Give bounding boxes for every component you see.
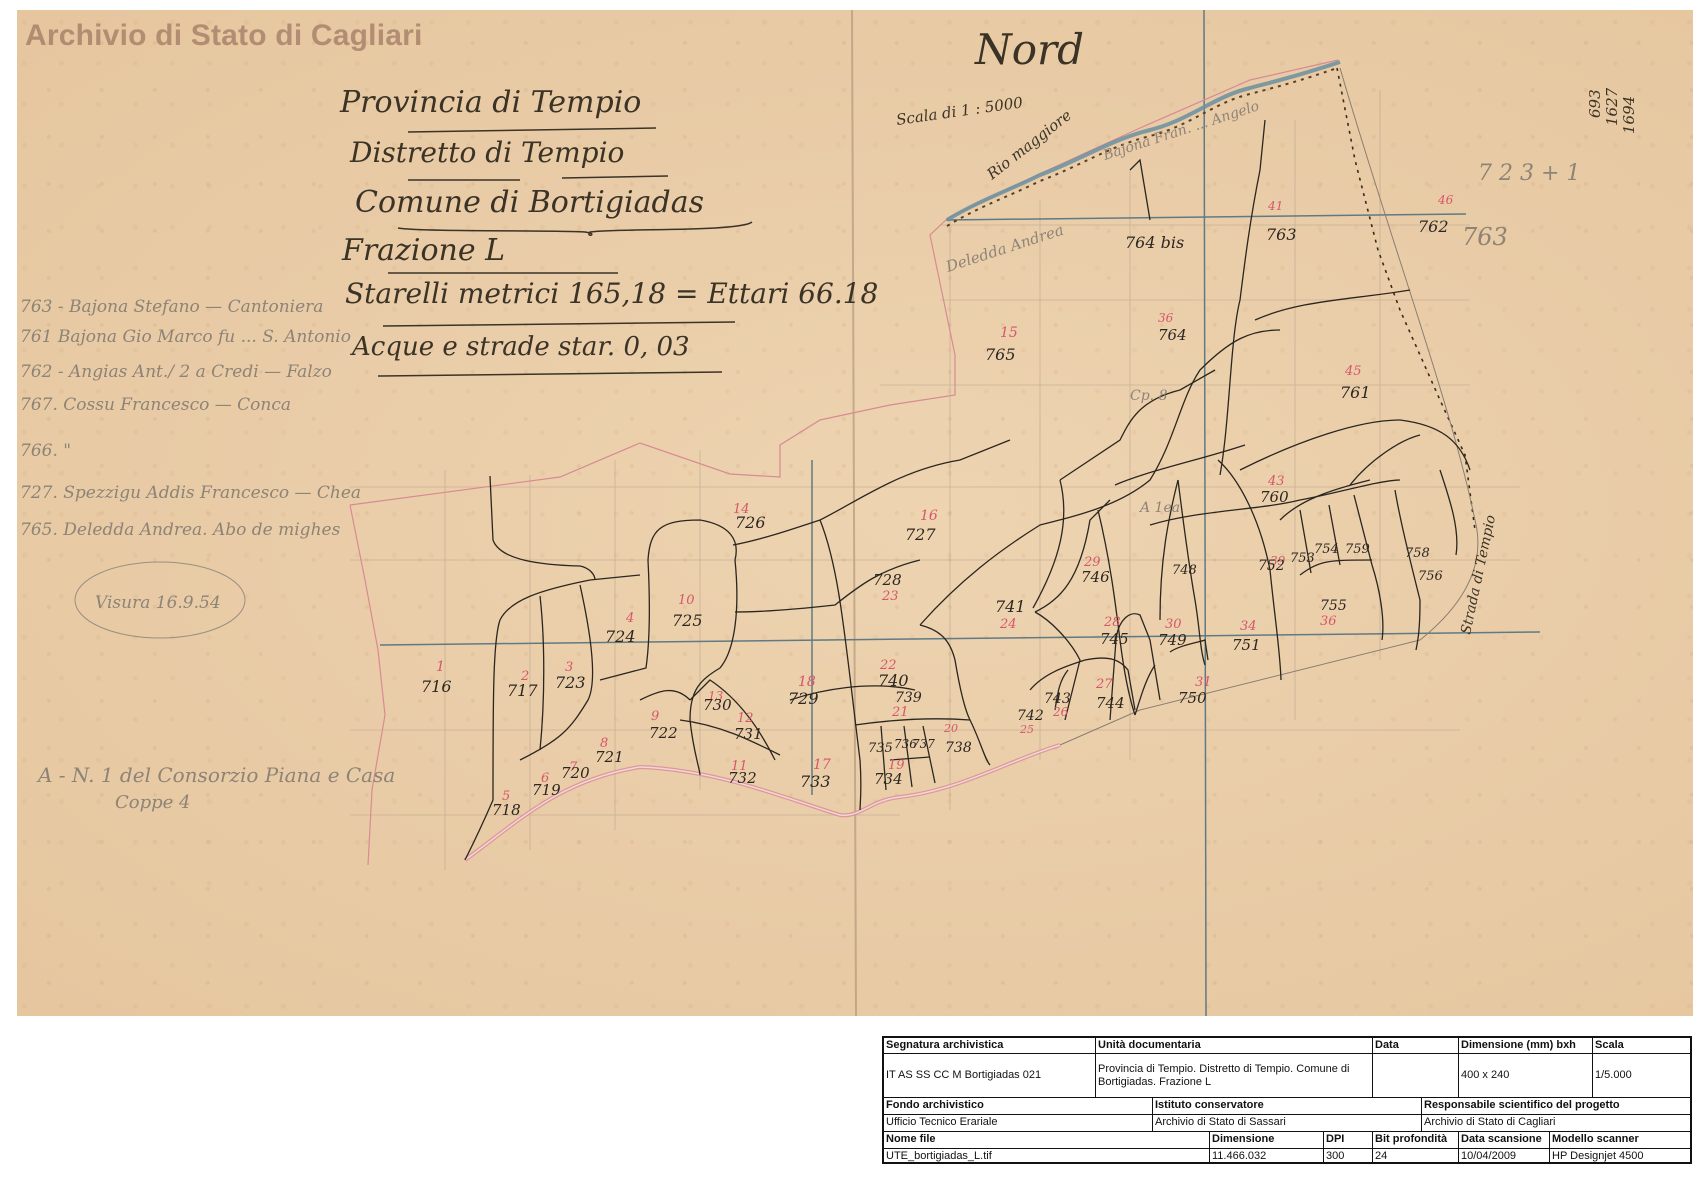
svg-text:41: 41 (1267, 199, 1283, 213)
table-row: UTE_bortigiadas_L.tif 11.466.032 300 24 … (884, 1149, 1690, 1164)
cell-nome-file: UTE_bortigiadas_L.tif (884, 1149, 1210, 1164)
header-dimensione: Dimensione (1210, 1132, 1324, 1148)
svg-text:726: 726 (735, 513, 766, 532)
cell-data (1373, 1054, 1459, 1097)
svg-text:18: 18 (798, 674, 816, 690)
svg-text:730: 730 (703, 696, 732, 714)
table-row: IT AS SS CC M Bortigiadas 021 Provincia … (884, 1054, 1690, 1098)
svg-text:740: 740 (878, 671, 909, 690)
pencil-763: 763 (1462, 223, 1508, 251)
svg-text:34: 34 (1240, 619, 1257, 634)
svg-text:20: 20 (943, 722, 958, 735)
svg-text:762 - Angias Ant./ 2 a Credi —: 762 - Angias Ant./ 2 a Credi — Falzo (20, 362, 332, 382)
cell-istituto: Archivio di Stato di Sassari (1153, 1115, 1422, 1131)
svg-text:765. Deledda Andrea. Abo de mi: 765. Deledda Andrea. Abo de mighes (20, 520, 341, 540)
svg-text:731: 731 (734, 725, 763, 743)
svg-text:759: 759 (1345, 542, 1370, 557)
svg-text:738: 738 (945, 740, 972, 756)
title-acque-strade: Acque e strade star. 0, 03 (350, 332, 690, 362)
oval-note: Visura 16.9.54 (95, 593, 221, 613)
svg-text:763: 763 (1266, 225, 1297, 244)
cell-dimensione: 11.466.032 (1210, 1149, 1324, 1164)
title-distretto: Distretto di Tempio (349, 136, 624, 169)
svg-text:26: 26 (1052, 705, 1069, 719)
north-label: Nord (974, 25, 1084, 74)
svg-text:693: 693 (1586, 89, 1604, 118)
header-data: Data (1373, 1038, 1459, 1053)
svg-text:716: 716 (421, 677, 452, 696)
road-label: Strada di Tempio (1458, 514, 1499, 636)
header-scala: Scala (1593, 1038, 1690, 1053)
pencil-label: Cp. 8 (1130, 388, 1168, 404)
header-modello: Modello scanner (1550, 1132, 1690, 1148)
svg-text:17: 17 (813, 757, 831, 773)
svg-text:741: 741 (995, 597, 1026, 616)
svg-text:764: 764 (1158, 326, 1187, 344)
cell-dimensione-mm: 400 x 240 (1459, 1054, 1593, 1097)
svg-text:753: 753 (1290, 551, 1315, 566)
svg-text:735: 735 (868, 741, 893, 756)
svg-text:717: 717 (507, 681, 538, 700)
pencil-label: A 1ea (1138, 500, 1180, 516)
svg-text:12: 12 (737, 711, 754, 726)
cell-bit: 24 (1373, 1149, 1459, 1164)
svg-text:21: 21 (891, 705, 909, 720)
svg-text:720: 720 (561, 764, 590, 782)
svg-text:718: 718 (492, 801, 521, 819)
svg-text:743: 743 (1044, 691, 1071, 707)
svg-text:724: 724 (605, 627, 636, 646)
archive-watermark: Archivio di Stato di Cagliari (25, 19, 423, 53)
svg-text:728: 728 (873, 571, 902, 589)
svg-text:725: 725 (672, 611, 703, 630)
svg-text:727: 727 (905, 525, 936, 544)
table-row: Ufficio Tecnico Erariale Archivio di Sta… (884, 1115, 1690, 1132)
cell-unita: Provincia di Tempio. Distretto di Tempio… (1096, 1054, 1373, 1097)
svg-text:10: 10 (678, 593, 695, 608)
river-label: Rio maggiore (983, 106, 1075, 184)
svg-text:727. Spezzigu Addis Francesco: 727. Spezzigu Addis Francesco — Chea (20, 483, 361, 503)
bottom-note-2: Coppe 4 (115, 792, 190, 813)
table-header-row: Nome file Dimensione DPI Bit profondità … (884, 1132, 1690, 1149)
bottom-note-1: A - N. 1 del Consorzio Piana e Casa (36, 763, 395, 787)
svg-text:762: 762 (1418, 217, 1449, 236)
corner-numbers: 693 1627 1694 (1586, 87, 1638, 134)
svg-text:761: 761 (1340, 383, 1371, 402)
svg-text:30: 30 (1165, 617, 1182, 632)
cell-dpi: 300 (1324, 1149, 1373, 1164)
cell-scala: 1/5.000 (1593, 1054, 1690, 1097)
header-segnatura: Segnatura archivistica (884, 1038, 1096, 1053)
header-bit: Bit profondità (1373, 1132, 1459, 1148)
svg-text:733: 733 (800, 772, 831, 791)
title-starelli: Starelli metrici 165,18 = Ettari 66.18 (345, 277, 878, 310)
svg-text:746: 746 (1081, 568, 1110, 586)
svg-text:760: 760 (1260, 488, 1289, 506)
cell-segnatura: IT AS SS CC M Bortigiadas 021 (884, 1054, 1096, 1097)
svg-text:745: 745 (1100, 630, 1129, 648)
header-data-scansione: Data scansione (1459, 1132, 1550, 1148)
scale-label: Scala di 1 : 5000 (895, 93, 1024, 129)
road-south (465, 745, 1060, 860)
svg-text:721: 721 (595, 748, 624, 766)
svg-text:739: 739 (895, 690, 922, 706)
svg-text:767. Cossu Francesco — Conca: 767. Cossu Francesco — Conca (20, 395, 291, 415)
svg-text:756: 756 (1418, 569, 1443, 584)
svg-text:761 Bajona Gio Marco fu ... S.: 761 Bajona Gio Marco fu ... S. Antonio (20, 327, 351, 347)
svg-text:765: 765 (985, 345, 1016, 364)
map-title-block: Provincia di Tempio Distretto di Tempio … (339, 85, 878, 376)
svg-text:719: 719 (532, 781, 561, 799)
header-dimensione-mm: Dimensione (mm) bxh (1459, 1038, 1593, 1053)
svg-text:755: 755 (1320, 598, 1347, 614)
header-dpi: DPI (1324, 1132, 1373, 1148)
svg-text:28: 28 (1103, 615, 1121, 630)
pencil-sum: 7 2 3 + 1 (1478, 161, 1580, 186)
title-comune: Comune di Bortigiadas (355, 185, 704, 220)
svg-text:1694: 1694 (1620, 96, 1638, 134)
header-unita: Unità documentaria (1096, 1038, 1373, 1053)
svg-text:751: 751 (1232, 636, 1261, 654)
svg-text:24: 24 (999, 617, 1017, 632)
svg-text:16: 16 (920, 508, 938, 524)
svg-text:25: 25 (1019, 723, 1034, 736)
svg-text:744: 744 (1096, 694, 1125, 712)
svg-text:758: 758 (1405, 546, 1430, 561)
svg-text:45: 45 (1344, 364, 1362, 379)
svg-text:763 - Bajona Stefano — Cantoni: 763 - Bajona Stefano — Cantoniera (20, 297, 323, 317)
svg-text:722: 722 (649, 724, 678, 742)
margin-notes: 763 - Bajona Stefano — Cantoniera 761 Ba… (20, 297, 361, 540)
svg-text:31: 31 (1195, 675, 1212, 690)
metadata-table: Segnatura archivistica Unità documentari… (882, 1036, 1692, 1164)
title-frazione: Frazione L (341, 233, 505, 268)
svg-text:1627: 1627 (1603, 87, 1621, 126)
table-header-row: Fondo archivistico Istituto conservatore… (884, 1098, 1690, 1115)
owner-annotation: Bajona Fran. ... Angelo (1100, 98, 1261, 164)
cell-responsabile: Archivio di Stato di Cagliari (1422, 1115, 1690, 1131)
cell-fondo: Ufficio Tecnico Erariale (884, 1115, 1153, 1131)
svg-text:734: 734 (874, 770, 903, 788)
header-responsabile: Responsabile scientifico del progetto (1422, 1098, 1690, 1114)
cadastral-map: Provincia di Tempio Distretto di Tempio … (0, 0, 1701, 1177)
svg-text:742: 742 (1017, 708, 1044, 724)
svg-text:46: 46 (1437, 193, 1454, 207)
table-header-row: Segnatura archivistica Unità documentari… (884, 1038, 1690, 1054)
owner-annotation: Deledda Andrea (943, 221, 1066, 276)
header-fondo: Fondo archivistico (884, 1098, 1153, 1114)
svg-text:36: 36 (1158, 311, 1174, 325)
header-nome-file: Nome file (884, 1132, 1210, 1148)
svg-text:766. ": 766. " (20, 441, 71, 461)
fold-line (852, 10, 856, 1016)
cell-data-scansione: 10/04/2009 (1459, 1149, 1550, 1164)
cell-modello: HP Designjet 4500 (1550, 1149, 1690, 1164)
title-provincia: Provincia di Tempio (339, 85, 641, 120)
svg-text:737: 737 (912, 737, 935, 751)
svg-text:754: 754 (1314, 542, 1339, 557)
svg-text:9: 9 (651, 709, 659, 724)
svg-text:23: 23 (881, 589, 899, 604)
svg-text:732: 732 (728, 769, 757, 787)
svg-text:752: 752 (1258, 558, 1285, 574)
svg-text:27: 27 (1095, 677, 1113, 692)
svg-text:764 bis: 764 bis (1125, 233, 1184, 252)
svg-text:36: 36 (1320, 614, 1337, 629)
svg-text:723: 723 (555, 673, 586, 692)
svg-text:43: 43 (1267, 474, 1285, 489)
svg-text:729: 729 (788, 689, 819, 708)
svg-text:748: 748 (1172, 563, 1197, 578)
svg-text:749: 749 (1158, 631, 1187, 649)
svg-text:4: 4 (625, 611, 634, 626)
svg-text:750: 750 (1178, 689, 1207, 707)
svg-text:15: 15 (1000, 325, 1018, 341)
header-istituto: Istituto conservatore (1153, 1098, 1422, 1114)
svg-text:1: 1 (436, 659, 445, 675)
